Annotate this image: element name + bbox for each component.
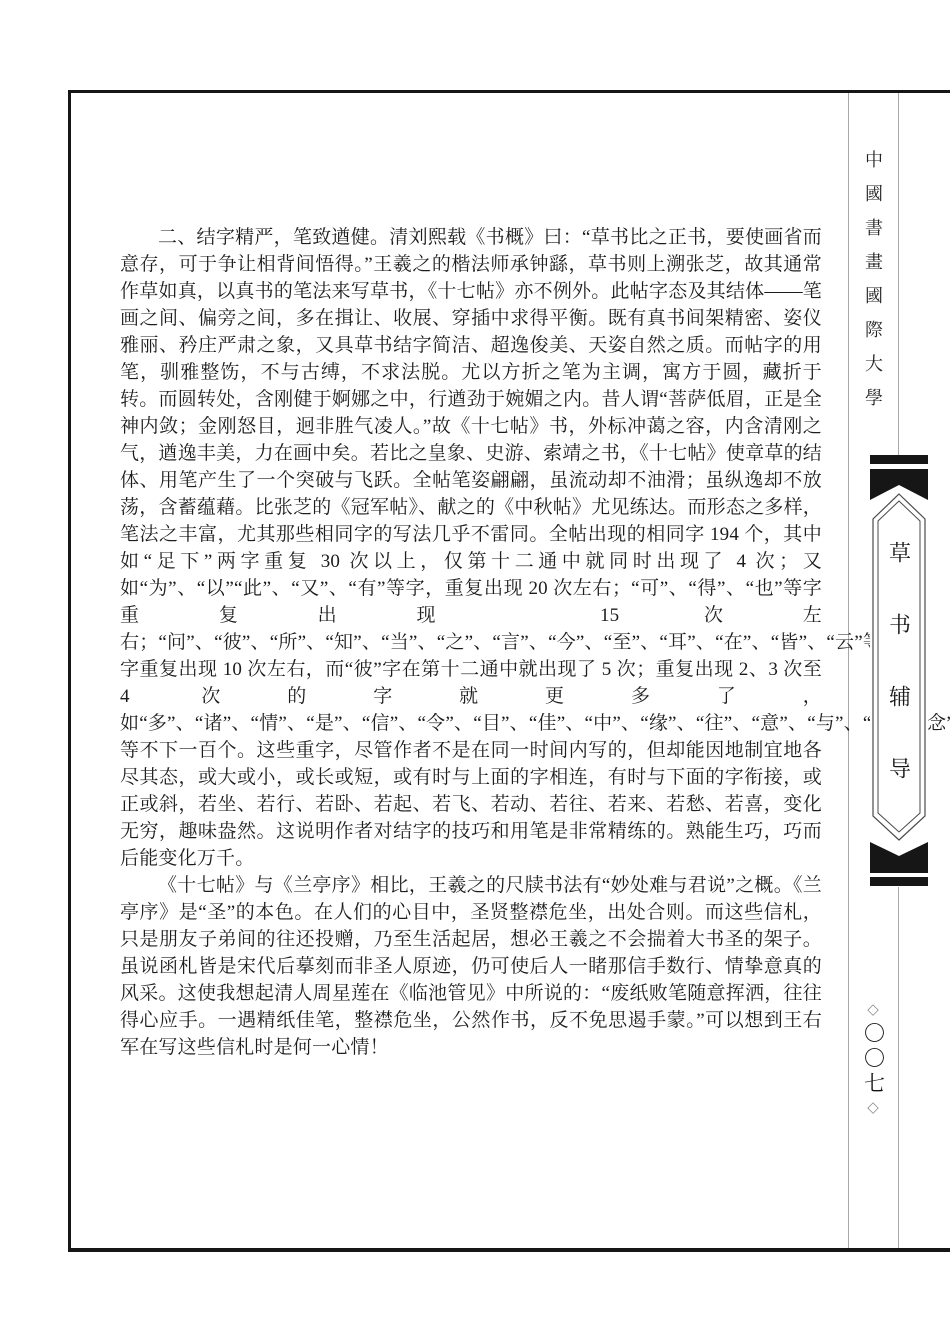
emblem-title-vertical: 草书辅导 (870, 541, 928, 834)
diamond-ornament-bottom-icon: ◇ (867, 1100, 879, 1117)
ribbon-bottom-bar-icon (870, 877, 928, 886)
scanned-book-page: 二、结字精严，笔致遒健。清刘熙载《书概》曰：“草书比之正书，要使画省而意存，可于… (0, 0, 950, 1344)
ribbon-top-bar-icon (870, 455, 928, 464)
section-emblem: 草书辅导 (870, 455, 928, 887)
running-head-vertical: 中國書畫國際大學 (848, 150, 898, 427)
page-number-digits: 〇〇七 (863, 1022, 884, 1097)
emblem-title-text: 草书辅导 (884, 541, 915, 829)
running-head-text: 中國書畫國際大學 (860, 150, 886, 422)
body-paragraph-2: 《十七帖》与《兰亭序》相比，王羲之的尺牍书法有“妙处难与君说”之概。《兰亭序》是… (120, 872, 822, 1061)
body-paragraph-1: 二、结字精严，笔致遒健。清刘熙载《书概》曰：“草书比之正书，要使画省而意存，可于… (120, 224, 822, 872)
ribbon-banner-bottom-icon (870, 842, 928, 873)
folio-page-number: ◇ 〇〇七 ◇ (848, 1002, 898, 1117)
diamond-ornament-top-icon: ◇ (867, 1002, 879, 1019)
main-text-block: 二、结字精严，笔致遒健。清刘熙载《书概》曰：“草书比之正书，要使画省而意存，可于… (120, 224, 822, 1061)
